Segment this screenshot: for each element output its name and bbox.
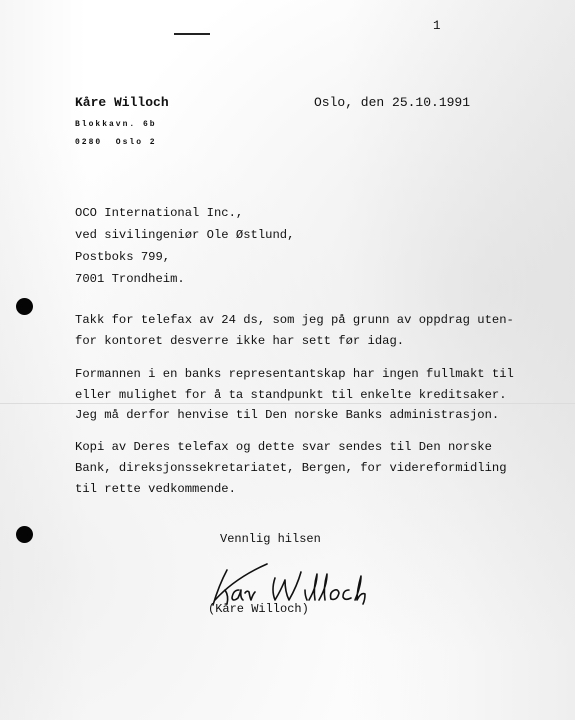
closing: Vennlig hilsen	[220, 531, 321, 548]
header-dash	[174, 33, 210, 35]
sender-postal: 0280 Oslo 2	[75, 134, 157, 151]
body-line: Kopi av Deres telefax og dette svar send…	[75, 438, 492, 457]
signature-name: (Kåre Willoch)	[208, 601, 309, 618]
body-line: Bank, direksjonssekretariatet, Bergen, f…	[75, 459, 507, 478]
body-line: for kontoret desverre ikke har sett før …	[75, 332, 404, 351]
recipient-line: ved sivilingeniør Ole Østlund,	[75, 226, 294, 245]
page-number: 1	[433, 18, 441, 35]
recipient-line: OCO International Inc.,	[75, 204, 243, 223]
date-line: Oslo, den 25.10.1991	[314, 94, 470, 111]
sender-name: Kåre Willoch	[75, 94, 169, 111]
recipient-line: Postboks 799,	[75, 248, 170, 267]
body-line: Jeg må derfor henvise til Den norske Ban…	[75, 406, 499, 425]
body-line: Formannen i en banks representantskap ha…	[75, 365, 514, 384]
body-line: til rette vedkommende.	[75, 480, 236, 499]
body-line: Takk for telefax av 24 ds, som jeg på gr…	[75, 311, 514, 330]
punch-hole-bottom	[16, 526, 33, 543]
body-line: eller mulighet for å ta standpunkt til e…	[75, 386, 507, 405]
punch-hole-top	[16, 298, 33, 315]
sender-street: Blokkavn. 6b	[75, 116, 157, 133]
recipient-line: 7001 Trondheim.	[75, 270, 185, 289]
